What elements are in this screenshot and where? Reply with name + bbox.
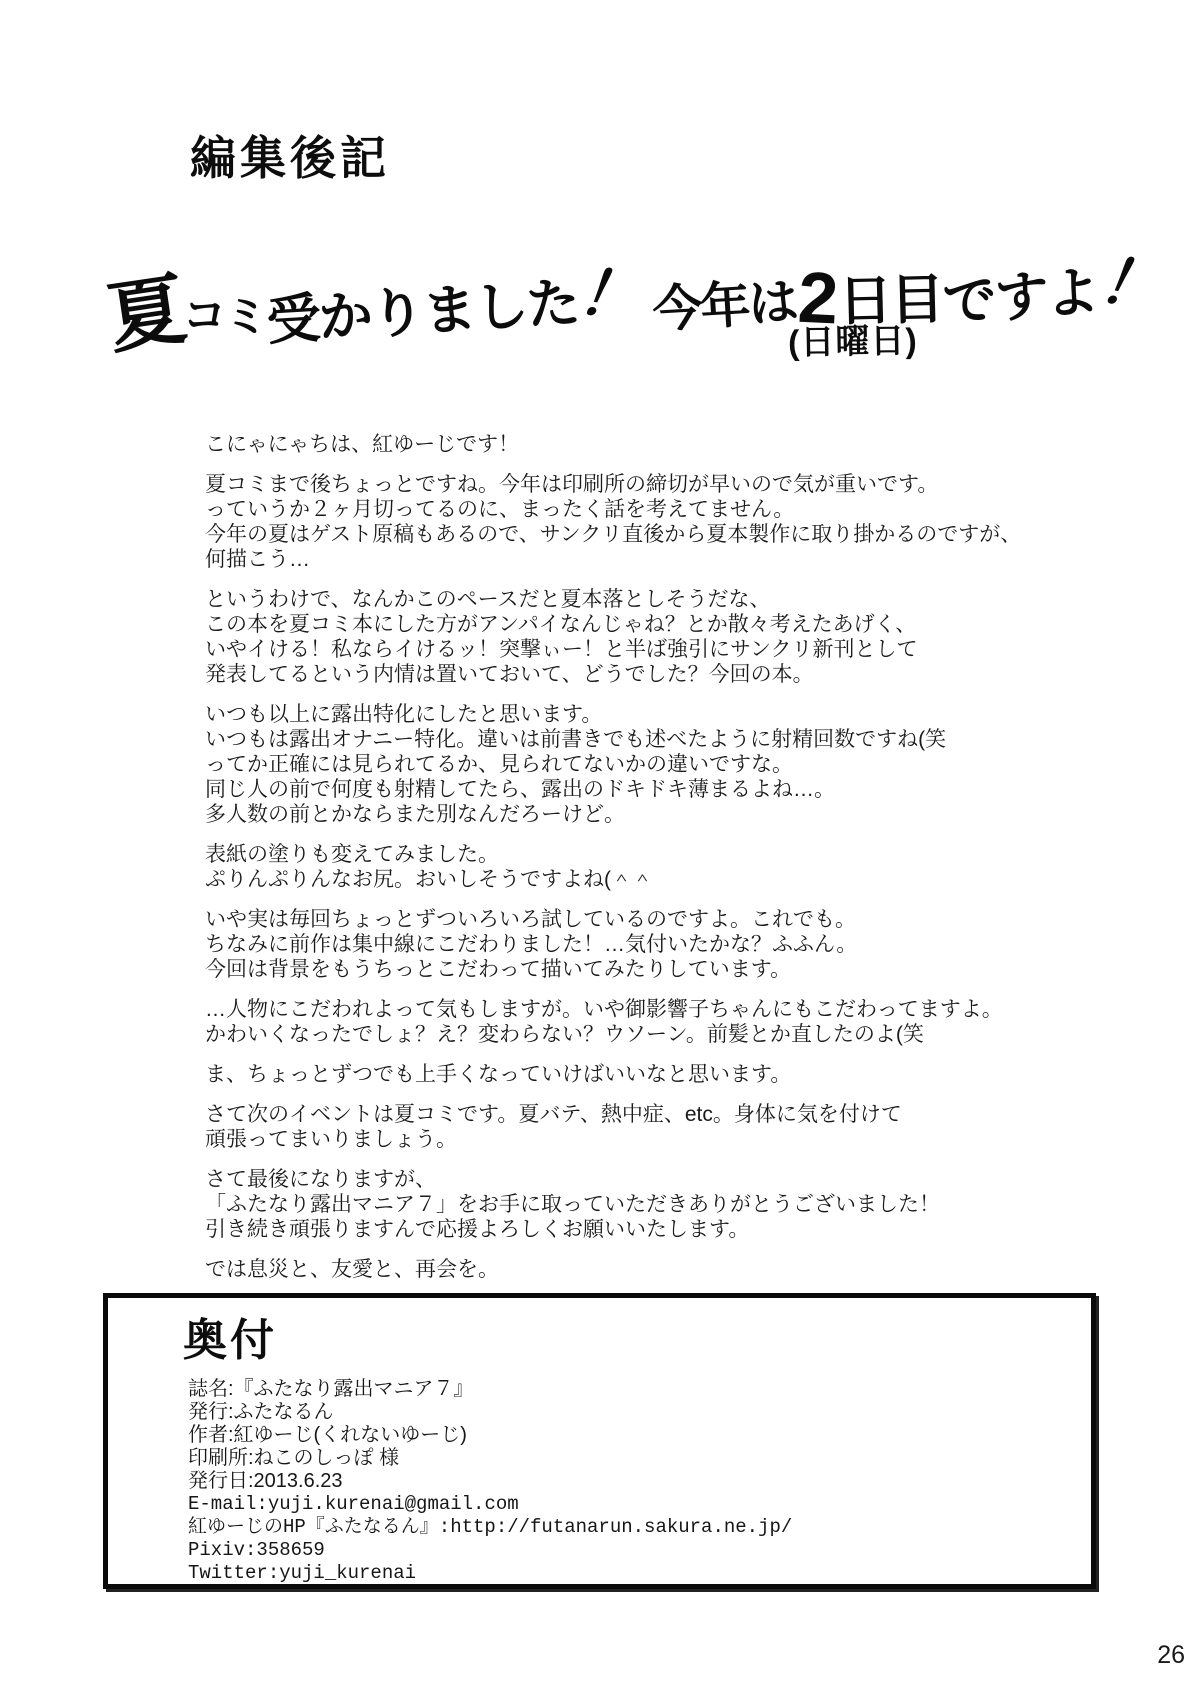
body-line: ちなみに前作は集中線にこだわりました！…気付いたかな？ふふん。 bbox=[205, 932, 1021, 957]
paragraph: いつも以上に露出特化にしたと思います。いつもは露出オナニー特化。違いは前書きでも… bbox=[205, 702, 1021, 827]
colophon-line: Pixiv:358659 bbox=[188, 1539, 792, 1562]
headline-exclamation: ！ bbox=[1088, 233, 1185, 327]
colophon-line: 印刷所:ねこのしっぽ 様 bbox=[188, 1447, 792, 1470]
body-line: いつもは露出オナニー特化。違いは前書きでも述べたように射精回数ですね(笑 bbox=[205, 727, 1021, 752]
page-title: 編集後記 bbox=[190, 122, 390, 188]
headline-segment: 夏 bbox=[99, 247, 191, 369]
colophon-lines: 誌名:『ふたなり露出マニア７』発行:ふたなるん作者:紅ゆーじ(くれないゆーじ)印… bbox=[188, 1378, 792, 1585]
body-line: いや実は毎回ちょっとずついろいろ試しているのですよ。これでも。 bbox=[205, 907, 1021, 932]
paragraph: いや実は毎回ちょっとずついろいろ試しているのですよ。これでも。ちなみに前作は集中… bbox=[205, 907, 1021, 982]
handwritten-headline: 夏コミ受かりました！今年は2日目ですよ！ bbox=[105, 223, 1166, 361]
colophon-line: 発行:ふたなるん bbox=[188, 1401, 792, 1424]
paragraph: …人物にこだわれよって気もしますが。いや御影響子ちゃんにもこだわってますよ。かわ… bbox=[205, 997, 1021, 1047]
body-line: 頑張ってまいりましょう。 bbox=[205, 1127, 1021, 1152]
body-line: っていうか２ヶ月切ってるのに、まったく話を考えてません。 bbox=[205, 497, 1021, 522]
paragraph: というわけで、なんかこのペースだと夏本落としそうだな、この本を夏コミ本にした方が… bbox=[205, 587, 1021, 687]
body-line: …人物にこだわれよって気もしますが。いや御影響子ちゃんにもこだわってますよ。 bbox=[205, 997, 1021, 1022]
body-line: 表紙の塗りも変えてみました。 bbox=[205, 842, 1021, 867]
colophon-line: 紅ゆーじのHP『ふたなるん』:http://futanarun.sakura.n… bbox=[188, 1516, 792, 1539]
headline-segment: 今年は bbox=[650, 262, 798, 342]
body-line: 何描こう… bbox=[205, 547, 1021, 572]
body-line: 今回は背景をもうちっとこだわって描いてみたりしています。 bbox=[205, 957, 1021, 982]
paragraph: では息災と、友愛と、再会を。 bbox=[205, 1257, 1021, 1282]
headline-exclamation: ！ bbox=[568, 245, 663, 339]
body-line: ってか正確には見られてるか、見られてないかの違いですな。 bbox=[205, 752, 1021, 777]
colophon-line: 発行日:2013.6.23 bbox=[188, 1470, 792, 1493]
body-line: さて次のイベントは夏コミです。夏バテ、熱中症、etc。身体に気を付けて bbox=[205, 1102, 1021, 1127]
headline-segment: ですよ bbox=[942, 249, 1098, 338]
body-line: さて最後になりますが、 bbox=[205, 1167, 1021, 1192]
afterword-page: 編集後記 夏コミ受かりました！今年は2日目ですよ！ (日曜日) こにゃにゃちは、… bbox=[0, 0, 1200, 1695]
body-line: いやイける！私ならイけるッ！突撃ぃー！と半ば強引にサンクリ新刊として bbox=[205, 637, 1021, 662]
paragraph: 表紙の塗りも変えてみました。ぷりんぷりんなお尻。おいしそうですよね(＾＾ bbox=[205, 842, 1021, 892]
colophon-line: 作者:紅ゆーじ(くれないゆーじ) bbox=[188, 1424, 792, 1447]
body-line: 夏コミまで後ちょっとですね。今年は印刷所の締切が早いので気が重いです。 bbox=[205, 472, 1021, 497]
body-line: 発表してるという内情は置いておいて、どうでした？今回の本。 bbox=[205, 662, 1021, 687]
body-line: ま、ちょっとずつでも上手くなっていけばいいなと思います。 bbox=[205, 1062, 1021, 1087]
body-line: この本を夏コミ本にした方がアンパイなんじゃね？とか散々考えたあげく、 bbox=[205, 612, 1021, 637]
body-line: ぷりんぷりんなお尻。おいしそうですよね(＾＾ bbox=[205, 867, 1021, 892]
body-line: 同じ人の前で何度も射精してたら、露出のドキドキ薄まるよね…。 bbox=[205, 777, 1021, 802]
colophon-box: 奥付 誌名:『ふたなり露出マニア７』発行:ふたなるん作者:紅ゆーじ(くれないゆー… bbox=[103, 1293, 1096, 1589]
body-line: 今年の夏はゲスト原稿もあるので、サンクリ直後から夏本製作に取り掛かるのですが、 bbox=[205, 522, 1021, 547]
colophon-line: 誌名:『ふたなり露出マニア７』 bbox=[188, 1378, 792, 1401]
body-line: こにゃにゃちは、紅ゆーじです！ bbox=[205, 432, 1021, 457]
headline-segment: コミ bbox=[182, 279, 268, 345]
paragraph: ま、ちょっとずつでも上手くなっていけばいいなと思います。 bbox=[205, 1062, 1021, 1087]
headline-segment: 受かりました bbox=[264, 260, 580, 355]
paragraph: さて次のイベントは夏コミです。夏バテ、熱中症、etc。身体に気を付けて頑張ってま… bbox=[205, 1102, 1021, 1152]
afterword-body: こにゃにゃちは、紅ゆーじです！夏コミまで後ちょっとですね。今年は印刷所の締切が早… bbox=[205, 432, 1021, 1282]
body-line: 多人数の前とかならまた別なんだろーけど。 bbox=[205, 802, 1021, 827]
body-line: 引き続き頑張りますんで応援よろしくお願いいたします。 bbox=[205, 1217, 1021, 1242]
paragraph: 夏コミまで後ちょっとですね。今年は印刷所の締切が早いので気が重いです。っていうか… bbox=[205, 472, 1021, 572]
body-line: かわいくなったでしょ？え？変わらない？ウソーン。前髪とか直したのよ(笑 bbox=[205, 1022, 1021, 1047]
colophon-title: 奥付 bbox=[183, 1304, 277, 1368]
colophon-line: Twitter:yuji_kurenai bbox=[188, 1562, 792, 1585]
body-line: いつも以上に露出特化にしたと思います。 bbox=[205, 702, 1021, 727]
paragraph: さて最後になりますが、「ふたなり露出マニア７」をお手に取っていただきありがとうご… bbox=[205, 1167, 1021, 1242]
body-line: 「ふたなり露出マニア７」をお手に取っていただきありがとうございました！ bbox=[205, 1192, 1021, 1217]
body-line: では息災と、友愛と、再会を。 bbox=[205, 1257, 1021, 1282]
colophon-line: E-mail:yuji.kurenai@gmail.com bbox=[188, 1493, 792, 1516]
body-line: というわけで、なんかこのペースだと夏本落としそうだな、 bbox=[205, 587, 1021, 612]
paragraph: こにゃにゃちは、紅ゆーじです！ bbox=[205, 432, 1021, 457]
page-number: 26 bbox=[1157, 1641, 1185, 1670]
handwritten-note-sunday: (日曜日) bbox=[788, 313, 918, 364]
